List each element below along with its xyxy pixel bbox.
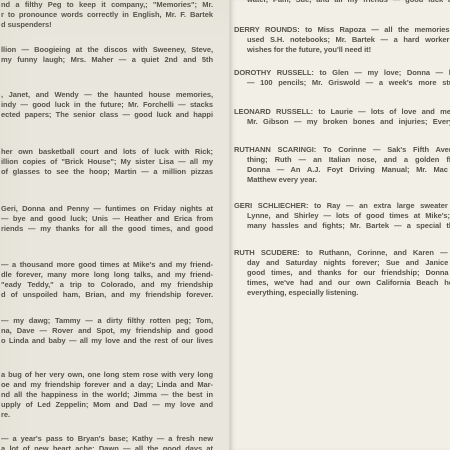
text-line: Lynne, and Shirley — lots of good times … xyxy=(247,211,450,221)
left-page-column: nd a filthy Peg to keep it company,; "Me… xyxy=(1,0,215,450)
paragraph: llion — Boogieing at the discos with Swe… xyxy=(1,45,213,65)
text-line: LEONARD RUSSELL: to Laurie — lots of lov… xyxy=(234,107,450,117)
paragraph: , Janet, and Wendy — the haunted house m… xyxy=(1,90,213,120)
text-line: o Linda and baby — all my love and the r… xyxy=(1,336,213,346)
paragraph: a bug of her very own, one long stem ros… xyxy=(1,370,213,420)
text-line: Donna — An A.J. Foyt Driving Manual; Mr.… xyxy=(247,165,450,175)
text-line: llion — Boogieing at the discos with Swe… xyxy=(1,45,213,55)
text-line: Matthew every year. xyxy=(247,175,450,185)
scanned-yearbook-page: nd a filthy Peg to keep it company,; "Me… xyxy=(0,0,450,450)
text-line: — a year's pass to Bryan's base; Kathy —… xyxy=(1,434,213,444)
text-line: Geri, Donna and Penny — funtimes on Frid… xyxy=(1,204,213,214)
text-line: used S.H. notebooks; Mr. Bartek — a hard… xyxy=(247,35,450,45)
text-line: good times, and thanks for our friendshi… xyxy=(247,268,450,278)
text-line: dle forever, many more long long talks, … xyxy=(1,270,213,280)
text-line: everything, especially listening. xyxy=(247,288,450,298)
text-line: — bye and good luck; Unis — Heather and … xyxy=(1,214,213,224)
text-line: upply of Led Zeppelin; Mom and Dad — my … xyxy=(1,400,213,410)
text-line: many hassles and fights; Mr. Bartek — a … xyxy=(247,221,450,231)
text-line: illion copies of "Brick House"; My siste… xyxy=(1,157,213,167)
entry-leonard-russell: LEONARD RUSSELL: to Laurie — lots of lov… xyxy=(234,107,450,127)
text-line: — a thousand more good times at Mike's a… xyxy=(1,260,213,270)
paragraph: — my dawg; Tammy — a dirty filthy rotten… xyxy=(1,316,213,346)
text-line: ected papers; The senior class — good lu… xyxy=(1,110,213,120)
text-line: her own basketball court and lots of luc… xyxy=(1,147,213,157)
text-line: DOROTHY RUSSELL: to Glen — my love; Donn… xyxy=(234,68,450,78)
text-line: of glasses to see the hoop; Martin — a m… xyxy=(1,167,213,177)
entry-ruth-scudere: RUTH SCUDERE: to Ruthann, Corinne, and K… xyxy=(234,248,450,298)
text-line: oe and my friendship forever and a day; … xyxy=(1,380,213,390)
text-line: GERI SCHLIECHER: to Ray — an extra large… xyxy=(234,201,450,211)
text-line: times, we've had and our own California … xyxy=(247,278,450,288)
text-line: RUTH SCUDERE: to Ruthann, Corinne, and K… xyxy=(234,248,450,258)
text-line: nd a filthy Peg to keep it company,; "Me… xyxy=(1,0,213,10)
text-line: na, Dave — Rover and Spot, my friendship… xyxy=(1,326,213,336)
text-line: indy — good luck in the future; Mr. Forc… xyxy=(1,100,213,110)
paragraph: — a year's pass to Bryan's base; Kathy —… xyxy=(1,434,213,450)
text-line: — my dawg; Tammy — a dirty filthy rotten… xyxy=(1,316,213,326)
right-page-column: water, Pam, Sue, and all my friends — go… xyxy=(234,0,450,450)
text-line: re. xyxy=(1,410,213,420)
text-line: , Janet, and Wendy — the haunted house m… xyxy=(1,90,213,100)
text-line: my funny laugh; Mrs. Maher — a quiet 2nd… xyxy=(1,55,213,65)
text-line: "eady Teddy," a trip to Colorado, and my… xyxy=(1,280,213,290)
entry-dorothy-russell: DOROTHY RUSSELL: to Glen — my love; Donn… xyxy=(234,68,450,88)
text-line: day and Saturday nights forever; Sue and… xyxy=(247,258,450,268)
entry-geri-schliecher: GERI SCHLIECHER: to Ray — an extra large… xyxy=(234,201,450,231)
text-line: nd all the happiness in the world; Jimma… xyxy=(1,390,213,400)
paragraph: nd a filthy Peg to keep it company,; "Me… xyxy=(1,0,213,30)
text-line: Mr. Gibson — my broken bones and injurie… xyxy=(247,117,450,127)
entry-ruthann-scaringi: RUTHANN SCARINGI: To Corinne — Sak's Fif… xyxy=(234,145,450,185)
paragraph: her own basketball court and lots of luc… xyxy=(1,147,213,177)
paragraph: water, Pam, Sue, and all my friends — go… xyxy=(234,0,450,5)
text-line: wishes for the future, you'll need it! xyxy=(247,45,450,55)
text-line: a lot of new heart ache; Dawn — all the … xyxy=(1,444,213,450)
text-line: a bug of her very own, one long stem ros… xyxy=(1,370,213,380)
text-line: RUTHANN SCARINGI: To Corinne — Sak's Fif… xyxy=(234,145,450,155)
paragraph: — a thousand more good times at Mike's a… xyxy=(1,260,213,300)
text-line: d of unspoiled ham, Brian, and my friend… xyxy=(1,290,213,300)
text-line: riends — my thanks for all the good time… xyxy=(1,224,213,234)
text-line: r to pronounce words correctly in Englis… xyxy=(1,10,213,20)
text-line: d suspenders! xyxy=(1,20,213,30)
text-line: — 100 pencils; Mr. Griswold — a week's m… xyxy=(247,78,450,88)
text-line: DERRY ROUNDS: to Miss Rapoza — all the m… xyxy=(234,25,450,35)
paragraph: Geri, Donna and Penny — funtimes on Frid… xyxy=(1,204,213,234)
text-line: water, Pam, Sue, and all my friends — go… xyxy=(247,0,450,5)
entry-derry-rounds: DERRY ROUNDS: to Miss Rapoza — all the m… xyxy=(234,25,450,55)
text-line: thing; Ruth — an Italian nose, and a gol… xyxy=(247,155,450,165)
